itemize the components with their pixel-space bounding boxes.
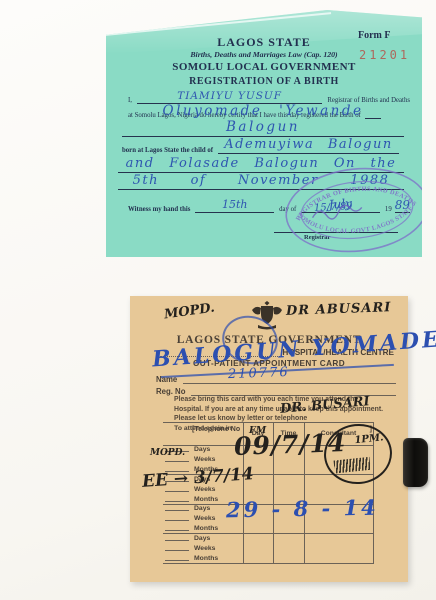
fill-in-dash [165, 497, 189, 502]
appointment1-time-handwriting: 1PM. [354, 432, 384, 446]
signature-squiggle [312, 204, 363, 221]
father-name-handwriting: Ademuyiwa Balogun [218, 137, 399, 152]
row-label: Weeks [194, 545, 215, 552]
father-name-blank: Ademuyiwa Balogun [218, 141, 399, 154]
attend-header: To attend again in [163, 425, 243, 433]
fill-in-dash [165, 506, 189, 511]
doctor-handwriting-top: DR ABUSARI [286, 300, 392, 319]
reg-number-handwriting: 210776 [228, 365, 290, 382]
row-label: Months [194, 555, 218, 562]
row-label: Days [194, 535, 210, 542]
row-label: Weeks [194, 515, 215, 522]
row-label: Weeks [194, 456, 215, 463]
scribbled-out-ink [334, 457, 371, 474]
witness-label: Witness my hand this [128, 206, 190, 213]
appointment-card: MOPD. DR ABUSARI LAGOS STATE GOVERNMENT … [130, 296, 408, 582]
fill-in-dash [165, 536, 189, 541]
fill-in-dash [165, 526, 189, 531]
born-line: born at Lagos State the child of Ademuyi… [122, 138, 404, 154]
government-title: SOMOLU LOCAL GOVERNMENT [106, 61, 422, 73]
table-row: Months [163, 524, 243, 534]
registrar-stamp: REGISTRAR OF BIRTHS AND DEATHS SOMOLU LO… [278, 158, 436, 261]
row-label: Days [194, 446, 210, 453]
table-row: Days [163, 533, 243, 543]
fill-in-dash [165, 546, 189, 551]
child-name-handwriting: Oluyomade 'Yewande Balogun [122, 103, 404, 135]
department-note-handwriting: MOPD. [150, 448, 185, 458]
fill-in-dash [165, 556, 189, 561]
state-title: LAGOS STATE [106, 35, 422, 50]
appointment3-date-handwriting: 29 - 8 - 14 [226, 495, 379, 523]
fill-in-dash [165, 516, 189, 521]
binder-clip [403, 438, 428, 487]
department-handwriting-top: MOPD. [163, 301, 215, 323]
table-row: Weeks [163, 543, 243, 553]
witness-day-blank: 15th [195, 200, 274, 213]
row-label: Days [194, 505, 210, 512]
scanned-page: Form F 21201 LAGOS STATE Births, Deaths … [0, 0, 436, 600]
child-name-line: Oluyomade 'Yewande Balogun [122, 114, 404, 137]
row-label: Months [194, 496, 218, 503]
document-title: REGISTRATION OF A BIRTH [106, 76, 422, 87]
law-line: Births, Deaths and Marriages Law (Cap. 1… [106, 50, 422, 59]
table-row: Months [163, 553, 243, 563]
birth-certificate: Form F 21201 LAGOS STATE Births, Deaths … [106, 10, 422, 257]
registrar-name-handwriting: TIAMIYU YUSUF [137, 90, 322, 102]
name-label: Name [156, 375, 177, 384]
witness-day-handwriting: 15th [195, 198, 274, 211]
born-label: born at Lagos State the child of [122, 147, 213, 154]
row-label: Months [194, 525, 218, 532]
